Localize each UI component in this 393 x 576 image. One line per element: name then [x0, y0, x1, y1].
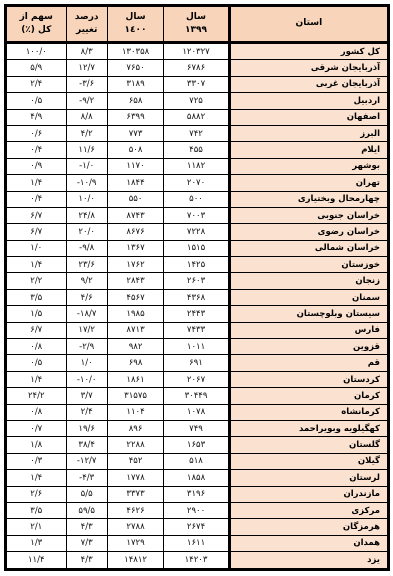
table-body: کل کشور ۱۲۰۳۲۷ ۱۳۰۳۵۸ ۸/۳ ۱۰۰/۰ آذربایجا… — [6, 43, 389, 570]
table-row: گلستان ۱۶۵۳ ۲۲۸۸ ۳۸/۴ ۱/۸ — [6, 437, 389, 453]
year-1400-value-cell: ۷۷۳ — [107, 125, 163, 141]
share-of-total-cell: ۲/۱ — [6, 519, 67, 535]
percent-change-cell: ۳۸/۴ — [66, 437, 107, 453]
percent-change-cell: ۸/۳ — [66, 43, 107, 60]
share-of-total-cell: ۱/۴ — [6, 175, 67, 191]
table-row: آذربایجان غربی ۳۳۰۷ ۳۱۸۹ -۳/۶ ۲/۴ — [6, 76, 389, 92]
percent-change-cell: ۱۹/۶ — [66, 420, 107, 436]
percent-change-cell: ۳/۷ — [66, 388, 107, 404]
province-name-cell: آذربایجان غربی — [229, 76, 388, 92]
table-row: البرز ۷۴۲ ۷۷۳ ۴/۲ ۰/۶ — [6, 125, 389, 141]
year-1400-value-cell: ۴۵۶۷ — [107, 289, 163, 305]
year-1399-value-cell: ۱۰۷۸ — [164, 404, 230, 420]
province-name-cell: قزوین — [229, 339, 388, 355]
share-of-total-cell: ۲۴/۲ — [6, 388, 67, 404]
province-name-cell: قم — [229, 355, 388, 371]
province-name-cell: خراسان رضوی — [229, 224, 388, 240]
share-of-total-cell: ۴/۹ — [6, 109, 67, 125]
share-of-total-cell: ۶/۷ — [6, 224, 67, 240]
year-1400-value-cell: ۱۴۸۱۲ — [107, 552, 163, 569]
province-name-cell: آذربایجان شرقی — [229, 60, 388, 76]
year-1400-value-cell: ۱۷۲۹ — [107, 535, 163, 551]
percent-change-cell: ۵/۵ — [66, 486, 107, 502]
header-share-line1: سهم از — [7, 11, 66, 24]
header-year-1399-line1: سال — [164, 11, 228, 24]
share-of-total-cell: ۱۱/۴ — [6, 552, 67, 569]
header-year-1400-line1: سال — [108, 11, 163, 24]
year-1399-value-cell: ۳۳۰۷ — [164, 76, 230, 92]
year-1400-value-cell: ۳۱۸۹ — [107, 76, 163, 92]
table-row: اصفهان ۵۸۸۲ ۶۳۹۹ ۸/۸ ۴/۹ — [6, 109, 389, 125]
year-1400-value-cell: ۸۹۶ — [107, 420, 163, 436]
year-1400-value-cell: ۶۵۸ — [107, 93, 163, 109]
table-row: خراسان شمالی ۱۵۱۵ ۱۳۶۷ -۹/۸ ۱/۰ — [6, 240, 389, 256]
table-row: آذربایجان شرقی ۶۷۸۶ ۷۶۵۰ ۱۲/۷ ۵/۹ — [6, 60, 389, 76]
table-row: اردبیل ۷۲۵ ۶۵۸ -۹/۲ ۰/۵ — [6, 93, 389, 109]
province-name-cell: لرستان — [229, 470, 388, 486]
year-1400-value-cell: ۶۹۸ — [107, 355, 163, 371]
header-year-1399-line2: ١٣٩٩ — [164, 24, 228, 37]
province-name-cell: زنجان — [229, 273, 388, 289]
share-of-total-cell: ۶/۷ — [6, 207, 67, 223]
province-name-cell: گیلان — [229, 453, 388, 469]
share-of-total-cell: ۱/۸ — [6, 437, 67, 453]
share-of-total-cell: ۰/۹ — [6, 158, 67, 174]
share-of-total-cell: ۵/۹ — [6, 60, 67, 76]
year-1399-value-cell: ۲۴۴۳ — [164, 306, 230, 322]
province-name-cell: اصفهان — [229, 109, 388, 125]
percent-change-cell: ۲۳/۶ — [66, 257, 107, 273]
year-1400-value-cell: ۱۳۶۷ — [107, 240, 163, 256]
percent-change-cell: -۱۰/۰ — [66, 371, 107, 387]
year-1400-value-cell: ۱۱۰۴ — [107, 404, 163, 420]
header-percent-change-line2: تغییر — [67, 24, 107, 37]
province-name-cell: سیستان وبلوچستان — [229, 306, 388, 322]
year-1399-value-cell: ۲۶۰۳ — [164, 273, 230, 289]
share-of-total-cell: ۱/۵ — [6, 306, 67, 322]
table-row: زنجان ۲۶۰۳ ۲۸۴۳ ۹/۲ ۲/۲ — [6, 273, 389, 289]
year-1399-value-cell: ۱۱۸۲ — [164, 158, 230, 174]
percent-change-cell: ۴/۳ — [66, 552, 107, 569]
province-name-cell: خراسان شمالی — [229, 240, 388, 256]
year-1399-value-cell: ۴۵۵ — [164, 142, 230, 158]
header-share-line2: کل (٪) — [7, 24, 66, 37]
table-row: کل کشور ۱۲۰۳۲۷ ۱۳۰۳۵۸ ۸/۳ ۱۰۰/۰ — [6, 43, 389, 60]
percent-change-cell: ۷/۳ — [66, 535, 107, 551]
percent-change-cell: ۱/۰ — [66, 355, 107, 371]
province-name-cell: همدان — [229, 535, 388, 551]
share-of-total-cell: ۰/۳ — [6, 453, 67, 469]
province-name-cell: کرمان — [229, 388, 388, 404]
percent-change-cell: ۱۷/۲ — [66, 322, 107, 338]
share-of-total-cell: ۱۰۰/۰ — [6, 43, 67, 60]
year-1400-value-cell: ۸۶۷۶ — [107, 224, 163, 240]
year-1400-value-cell: ۷۶۵۰ — [107, 60, 163, 76]
table-row: مازندران ۳۱۹۶ ۳۳۷۳ ۵/۵ ۲/۶ — [6, 486, 389, 502]
table-row: فارس ۷۴۳۳ ۸۷۱۳ ۱۷/۲ ۶/۷ — [6, 322, 389, 338]
percent-change-cell: -۳/۶ — [66, 76, 107, 92]
year-1399-value-cell: ۷۲۲۸ — [164, 224, 230, 240]
province-name-cell: بوشهر — [229, 158, 388, 174]
share-of-total-cell: ۰/۵ — [6, 93, 67, 109]
report-page: استان سال ١٣٩٩ سال ١٤٠٠ درصد تغییر سهم ا… — [0, 0, 393, 576]
table-row: قم ۶۹۱ ۶۹۸ ۱/۰ ۰/۵ — [6, 355, 389, 371]
year-1399-value-cell: ۱۲۰۳۲۷ — [164, 43, 230, 60]
year-1399-value-cell: ۶۹۱ — [164, 355, 230, 371]
year-1400-value-cell: ۳۳۷۳ — [107, 486, 163, 502]
year-1399-value-cell: ۱۸۵۸ — [164, 470, 230, 486]
header-province-label: استان — [296, 18, 323, 28]
table-row: قزوین ۱۰۱۱ ۹۸۲ -۲/۹ ۰/۸ — [6, 339, 389, 355]
year-1399-value-cell: ۱۴۲۵ — [164, 257, 230, 273]
table-row: تهران ۲۰۷۰ ۱۸۴۴ -۱۰/۹ ۱/۴ — [6, 175, 389, 191]
header-year-1400-line2: ١٤٠٠ — [108, 24, 163, 37]
percent-change-cell: ۵۹/۵ — [66, 502, 107, 518]
share-of-total-cell: ۰/۸ — [6, 339, 67, 355]
province-name-cell: سمنان — [229, 289, 388, 305]
table-row: کرمانشاه ۱۰۷۸ ۱۱۰۴ ۲/۴ ۰/۸ — [6, 404, 389, 420]
province-name-cell: البرز — [229, 125, 388, 141]
share-of-total-cell: ۰/۶ — [6, 125, 67, 141]
year-1399-value-cell: ۵۸۸۲ — [164, 109, 230, 125]
percent-change-cell: ۲۴/۸ — [66, 207, 107, 223]
year-1400-value-cell: ۳۱۵۷۵ — [107, 388, 163, 404]
share-of-total-cell: ۱/۴ — [6, 371, 67, 387]
year-1400-value-cell: ۱۹۸۵ — [107, 306, 163, 322]
year-1400-value-cell: ۱۱۷۰ — [107, 158, 163, 174]
percent-change-cell: ۱۰/۰ — [66, 191, 107, 207]
year-1399-value-cell: ۱۶۱۱ — [164, 535, 230, 551]
year-1400-value-cell: ۴۵۲ — [107, 453, 163, 469]
share-of-total-cell: ۱/۴ — [6, 470, 67, 486]
table-row: خوزستان ۱۴۲۵ ۱۷۶۲ ۲۳/۶ ۱/۴ — [6, 257, 389, 273]
share-of-total-cell: ۱/۴ — [6, 257, 67, 273]
table-row: گیلان ۵۱۸ ۴۵۲ -۱۲/۷ ۰/۳ — [6, 453, 389, 469]
percent-change-cell: ۸/۸ — [66, 109, 107, 125]
province-name-cell: یزد — [229, 552, 388, 569]
year-1399-value-cell: ۱۴۲۰۳ — [164, 552, 230, 569]
share-of-total-cell: ۳/۵ — [6, 502, 67, 518]
year-1399-value-cell: ۷۴۹ — [164, 420, 230, 436]
percent-change-cell: -۲/۹ — [66, 339, 107, 355]
table-row: مرکزی ۲۹۰۰ ۴۶۲۶ ۵۹/۵ ۳/۵ — [6, 502, 389, 518]
year-1400-value-cell: ۱۸۶۱ — [107, 371, 163, 387]
year-1399-value-cell: ۱۶۵۳ — [164, 437, 230, 453]
province-name-cell: خراسان جنوبی — [229, 207, 388, 223]
percent-change-cell: ۴/۲ — [66, 125, 107, 141]
year-1399-value-cell: ۷۲۵ — [164, 93, 230, 109]
year-1400-value-cell: ۸۷۴۳ — [107, 207, 163, 223]
table-row: کرمان ۳۰۴۴۹ ۳۱۵۷۵ ۳/۷ ۲۴/۲ — [6, 388, 389, 404]
share-of-total-cell: ۰/۴ — [6, 142, 67, 158]
province-name-cell: گلستان — [229, 437, 388, 453]
year-1400-value-cell: ۵۵۰ — [107, 191, 163, 207]
percent-change-cell: ۹/۲ — [66, 273, 107, 289]
percent-change-cell: ۴/۶ — [66, 289, 107, 305]
table-row: هرمزگان ۲۶۷۴ ۲۷۸۸ ۴/۳ ۲/۱ — [6, 519, 389, 535]
year-1400-value-cell: ۵۰۸ — [107, 142, 163, 158]
table-row: ایلام ۴۵۵ ۵۰۸ ۱۱/۶ ۰/۴ — [6, 142, 389, 158]
table-row: کردستان ۲۰۶۷ ۱۸۶۱ -۱۰/۰ ۱/۴ — [6, 371, 389, 387]
year-1400-value-cell: ۸۷۱۳ — [107, 322, 163, 338]
percent-change-cell: ۴/۳ — [66, 519, 107, 535]
table-row: بوشهر ۱۱۸۲ ۱۱۷۰ -۱/۰ ۰/۹ — [6, 158, 389, 174]
share-of-total-cell: ۰/۴ — [6, 191, 67, 207]
year-1400-value-cell: ۱۸۴۴ — [107, 175, 163, 191]
year-1399-value-cell: ۴۳۶۸ — [164, 289, 230, 305]
province-stats-table: استان سال ١٣٩٩ سال ١٤٠٠ درصد تغییر سهم ا… — [4, 4, 390, 571]
table-row: سمنان ۴۳۶۸ ۴۵۶۷ ۴/۶ ۳/۵ — [6, 289, 389, 305]
year-1399-value-cell: ۵۱۸ — [164, 453, 230, 469]
year-1400-value-cell: ۹۸۲ — [107, 339, 163, 355]
table-row: چهارمحال وبختیاری ۵۰۰ ۵۵۰ ۱۰/۰ ۰/۴ — [6, 191, 389, 207]
percent-change-cell: ۱۱/۶ — [66, 142, 107, 158]
percent-change-cell: ۱۲/۷ — [66, 60, 107, 76]
table-row: خراسان رضوی ۷۲۲۸ ۸۶۷۶ ۲۰/۰ ۶/۷ — [6, 224, 389, 240]
year-1399-value-cell: ۱۵۱۵ — [164, 240, 230, 256]
share-of-total-cell: ۱/۳ — [6, 535, 67, 551]
share-of-total-cell: ۱/۰ — [6, 240, 67, 256]
year-1399-value-cell: ۲۶۷۴ — [164, 519, 230, 535]
header-year-1400: سال ١٤٠٠ — [107, 6, 163, 43]
province-name-cell: کردستان — [229, 371, 388, 387]
province-name-cell: چهارمحال وبختیاری — [229, 191, 388, 207]
share-of-total-cell: ۲/۶ — [6, 486, 67, 502]
percent-change-cell: ۲۰/۰ — [66, 224, 107, 240]
year-1399-value-cell: ۳۰۴۴۹ — [164, 388, 230, 404]
year-1400-value-cell: ۲۲۸۸ — [107, 437, 163, 453]
province-name-cell: هرمزگان — [229, 519, 388, 535]
year-1400-value-cell: ۲۸۴۳ — [107, 273, 163, 289]
percent-change-cell: -۱۲/۷ — [66, 453, 107, 469]
percent-change-cell: -۴/۳ — [66, 470, 107, 486]
province-name-cell: اردبیل — [229, 93, 388, 109]
header-year-1399: سال ١٣٩٩ — [164, 6, 230, 43]
province-name-cell: تهران — [229, 175, 388, 191]
year-1399-value-cell: ۷۰۰۳ — [164, 207, 230, 223]
province-name-cell: مازندران — [229, 486, 388, 502]
table-row: همدان ۱۶۱۱ ۱۷۲۹ ۷/۳ ۱/۳ — [6, 535, 389, 551]
share-of-total-cell: ۰/۷ — [6, 420, 67, 436]
percent-change-cell: -۱۸/۷ — [66, 306, 107, 322]
header-province: استان — [229, 6, 388, 43]
table-row: کهگیلویه وبویراحمد ۷۴۹ ۸۹۶ ۱۹/۶ ۰/۷ — [6, 420, 389, 436]
year-1400-value-cell: ۶۳۹۹ — [107, 109, 163, 125]
province-name-cell: کل کشور — [229, 43, 388, 60]
percent-change-cell: -۱/۰ — [66, 158, 107, 174]
header-percent-change: درصد تغییر — [66, 6, 107, 43]
year-1400-value-cell: ۲۷۸۸ — [107, 519, 163, 535]
percent-change-cell: -۱۰/۹ — [66, 175, 107, 191]
share-of-total-cell: ۳/۵ — [6, 289, 67, 305]
year-1400-value-cell: ۱۷۶۲ — [107, 257, 163, 273]
percent-change-cell: -۹/۲ — [66, 93, 107, 109]
year-1399-value-cell: ۳۱۹۶ — [164, 486, 230, 502]
header-row: استان سال ١٣٩٩ سال ١٤٠٠ درصد تغییر سهم ا… — [6, 6, 389, 43]
year-1399-value-cell: ۵۰۰ — [164, 191, 230, 207]
percent-change-cell: ۲/۴ — [66, 404, 107, 420]
year-1399-value-cell: ۲۰۷۰ — [164, 175, 230, 191]
share-of-total-cell: ۰/۵ — [6, 355, 67, 371]
year-1400-value-cell: ۴۶۲۶ — [107, 502, 163, 518]
table-row: سیستان وبلوچستان ۲۴۴۳ ۱۹۸۵ -۱۸/۷ ۱/۵ — [6, 306, 389, 322]
table-row: خراسان جنوبی ۷۰۰۳ ۸۷۴۳ ۲۴/۸ ۶/۷ — [6, 207, 389, 223]
table-row: لرستان ۱۸۵۸ ۱۷۷۸ -۴/۳ ۱/۴ — [6, 470, 389, 486]
table-row: یزد ۱۴۲۰۳ ۱۴۸۱۲ ۴/۳ ۱۱/۴ — [6, 552, 389, 569]
province-name-cell: ایلام — [229, 142, 388, 158]
header-percent-change-line1: درصد — [67, 11, 107, 24]
province-name-cell: کرمانشاه — [229, 404, 388, 420]
percent-change-cell: -۹/۸ — [66, 240, 107, 256]
header-share-of-total: سهم از کل (٪) — [6, 6, 67, 43]
share-of-total-cell: ۶/۷ — [6, 322, 67, 338]
year-1399-value-cell: ۷۴۲ — [164, 125, 230, 141]
province-name-cell: کهگیلویه وبویراحمد — [229, 420, 388, 436]
share-of-total-cell: ۲/۴ — [6, 76, 67, 92]
year-1400-value-cell: ۱۷۷۸ — [107, 470, 163, 486]
province-name-cell: خوزستان — [229, 257, 388, 273]
year-1399-value-cell: ۷۴۳۳ — [164, 322, 230, 338]
province-name-cell: فارس — [229, 322, 388, 338]
year-1399-value-cell: ۶۷۸۶ — [164, 60, 230, 76]
year-1399-value-cell: ۲۹۰۰ — [164, 502, 230, 518]
year-1399-value-cell: ۲۰۶۷ — [164, 371, 230, 387]
share-of-total-cell: ۲/۲ — [6, 273, 67, 289]
province-name-cell: مرکزی — [229, 502, 388, 518]
share-of-total-cell: ۰/۸ — [6, 404, 67, 420]
year-1400-value-cell: ۱۳۰۳۵۸ — [107, 43, 163, 60]
year-1399-value-cell: ۱۰۱۱ — [164, 339, 230, 355]
